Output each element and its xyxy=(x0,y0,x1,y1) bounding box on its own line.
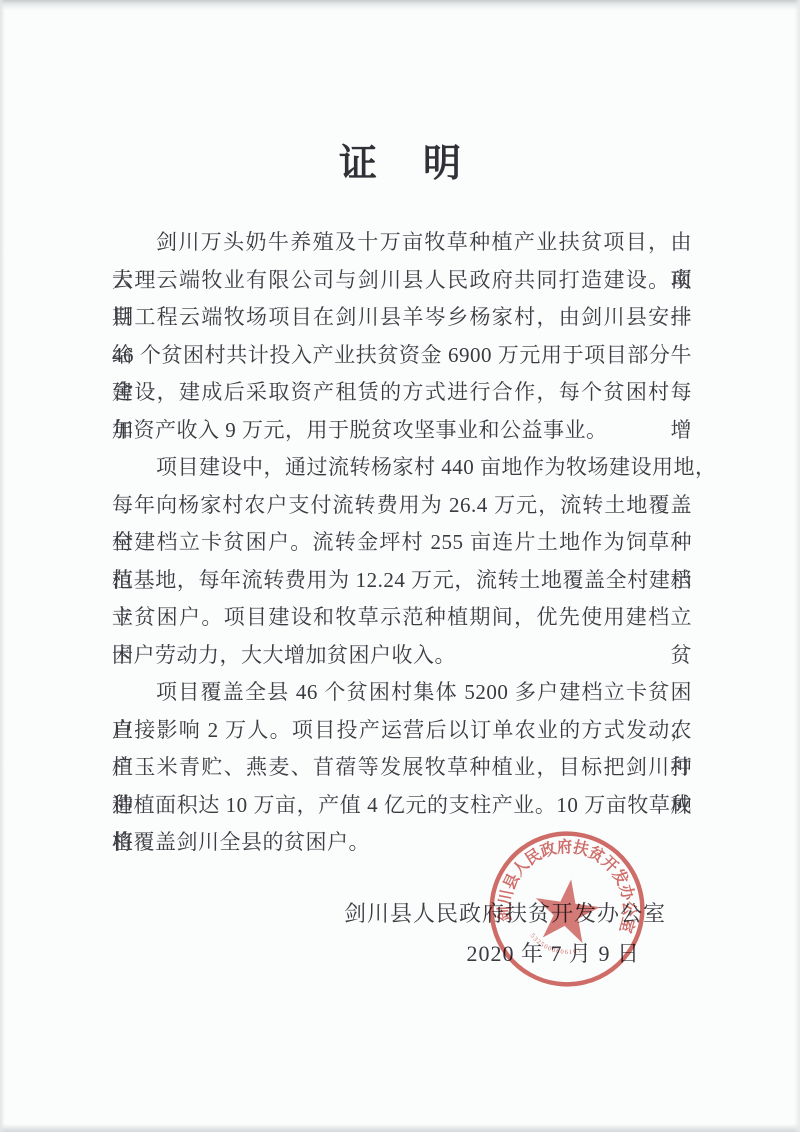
star-icon xyxy=(531,875,604,945)
body-line: 村建档立卡贫困户。流转金坪村 255 亩连片土地作为饲草种植示 xyxy=(112,524,692,562)
scan-edge-right xyxy=(794,0,800,1132)
paragraph-2: 项目建设中，通过流转杨家村 440 亩地作为牧场建设用地， 每年向杨家村农户支付… xyxy=(112,449,692,674)
official-seal: 剑川县人民政府扶贫开发办公室 5325000606101 xyxy=(476,818,659,1001)
body-line: 范基地，每年流转费用为 12.24 万元，流转土地覆盖全村建档立 xyxy=(112,562,692,600)
body-line: 项目建设中，通过流转杨家村 440 亩地作为牧场建设用地， xyxy=(112,449,692,487)
body-line: 卡贫困户。项目建设和牧草示范种植期间，优先使用建档立卡贫 xyxy=(112,599,692,637)
body-line: 每年向杨家村农户支付流转费用为 26.4 万元，流转土地覆盖全 xyxy=(112,487,692,525)
body-line: 种植面积达 10 万亩，产值 4 亿元的支柱产业。10 万亩牧草种植 xyxy=(112,787,692,825)
scan-edge-left xyxy=(0,0,5,1132)
body-line: 期工程云端牧场项目在剑川县羊岑乡杨家村，由剑川县安排给 xyxy=(112,299,692,337)
body-line: 加资产收入 9 万元，用于脱贫攻坚事业和公益事业。 xyxy=(112,412,692,450)
document-title: 证 明 xyxy=(112,140,692,188)
body-line: 直接影响 2 万人。项目投产运营后以订单农业的方式发动农户种 xyxy=(112,712,692,750)
scanned-certificate-page: { "document": { "title": "证 明", "paragra… xyxy=(0,0,800,1132)
scan-edge-bottom xyxy=(0,1124,800,1132)
body-line: 植玉米青贮、燕麦、苜蓿等发展牧草种植业，目标把剑川打造成 xyxy=(112,749,692,787)
body-line: 大理云端牧业有限公司与剑川县人民政府共同打造建设。项目一 xyxy=(112,262,692,300)
body-line: 46 个贫困村共计投入产业扶贫资金 6900 万元用于项目部分牛舍 xyxy=(112,337,692,375)
paragraph-1: 剑川万头奶牛养殖及十万亩牧草种植产业扶贫项目，由云南 大理云端牧业有限公司与剑川… xyxy=(112,224,692,449)
body-line: 建设，建成后采取资产租赁的方式进行合作，每个贫困村每年增 xyxy=(112,374,692,412)
body-line: 项目覆盖全县 46 个贫困村集体 5200 多户建档立卡贫困户， xyxy=(112,674,692,712)
body-line: 剑川万头奶牛养殖及十万亩牧草种植产业扶贫项目，由云南 xyxy=(112,224,692,262)
scan-edge-top xyxy=(0,0,800,10)
